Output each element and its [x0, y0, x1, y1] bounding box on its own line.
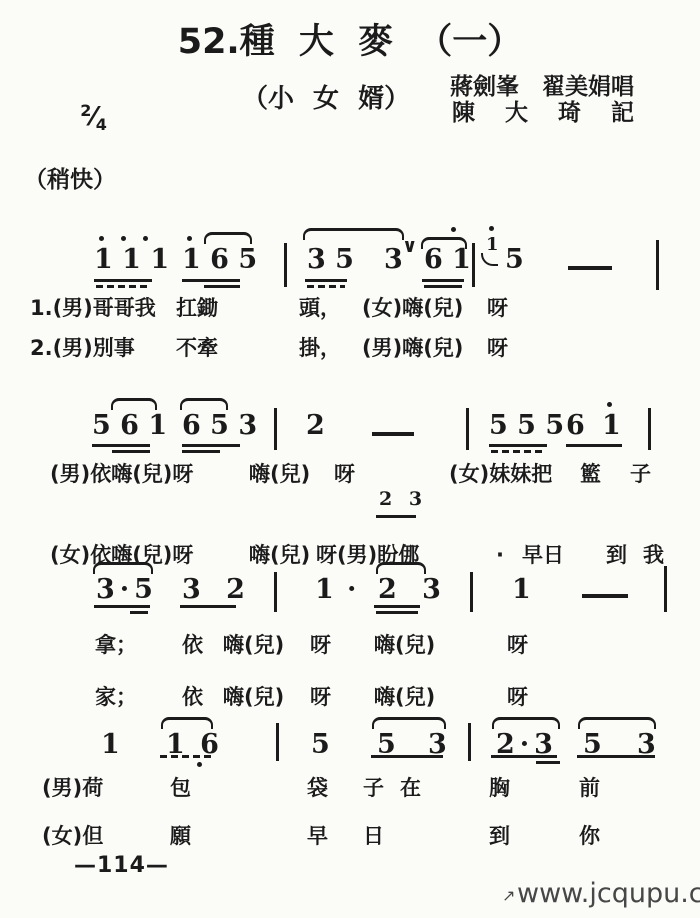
lyric: ·	[496, 543, 504, 567]
lyric: 呀	[507, 685, 528, 709]
lyric: 2.(男)別事	[30, 336, 135, 360]
time-signature-denominator: 4	[96, 115, 107, 134]
note-group: 1 1 1	[94, 246, 169, 273]
note-group: 3 2	[182, 576, 253, 603]
beam-line	[182, 450, 220, 453]
page-number: —114—	[74, 853, 169, 878]
slur	[578, 717, 656, 729]
lyric: 你	[579, 824, 600, 848]
lyric: 呀	[487, 296, 508, 320]
beam-line	[371, 755, 443, 758]
barline	[470, 572, 473, 612]
lyric: 日	[363, 824, 384, 848]
credits-line1: 蔣劍峯 翟美娟唱	[450, 74, 634, 100]
lyric: 依	[182, 633, 203, 657]
lyric: 呀	[487, 336, 508, 360]
lyric: 掛，	[299, 336, 341, 360]
octave-dot	[99, 236, 104, 241]
note-group: 3	[637, 731, 656, 758]
watermark: www.jcqupu.com	[517, 878, 700, 909]
beam-line	[92, 444, 150, 447]
barline	[274, 572, 277, 612]
lyric: 到	[489, 824, 510, 848]
beam-line	[94, 279, 152, 282]
lyric: 嗨(兒)	[223, 685, 284, 709]
lyric: 胸	[489, 776, 510, 800]
lyric: 早	[307, 824, 328, 848]
note-group: 1 6	[166, 731, 222, 758]
sustain-dash	[582, 594, 628, 598]
note-group: 6	[566, 412, 585, 439]
lyric: 嗨(兒)	[223, 633, 284, 657]
lyric: 願	[170, 824, 191, 848]
beam-line	[566, 444, 622, 447]
slur	[372, 717, 446, 729]
note-group: 1	[512, 576, 531, 603]
slur	[93, 562, 153, 574]
beam-line	[424, 285, 462, 288]
lyric: 袋	[307, 776, 328, 800]
note-group: 3 5	[307, 246, 354, 273]
lyric: 家；	[95, 685, 137, 709]
lyric: 拿；	[95, 633, 137, 657]
credits-line2: 陳 大 琦 記	[452, 100, 634, 126]
beam-line	[307, 285, 345, 288]
lyric: 嗨(兒)	[374, 685, 435, 709]
slur	[303, 228, 404, 240]
lyric: 子	[363, 776, 384, 800]
slur	[492, 717, 560, 729]
beam-line	[182, 444, 240, 447]
beam-line	[374, 605, 420, 608]
lyric: 呀	[310, 633, 331, 657]
lyric: 呀	[310, 685, 331, 709]
octave-dot	[187, 236, 192, 241]
subtitle: （小 女 婿）	[242, 85, 410, 115]
lyric: 1.(男)哥哥我	[30, 296, 156, 320]
grace-slide	[481, 253, 498, 266]
beam-line	[491, 450, 545, 453]
note-group: 5 5 5	[489, 412, 564, 439]
lyric: 嗨(兒)	[249, 462, 310, 486]
note-group: 5	[311, 731, 330, 758]
lyric: 到	[606, 543, 627, 567]
note-group: 1 6 5	[182, 246, 257, 273]
note-group: 3	[384, 246, 403, 273]
lyric: 前	[579, 776, 600, 800]
watermark-arrow-icon: ↗	[502, 886, 515, 905]
note-group: 3·5	[96, 576, 158, 603]
slur	[180, 398, 228, 410]
beam-line	[422, 279, 464, 282]
beam-line	[577, 755, 655, 758]
slur	[161, 717, 213, 729]
lyric: (男)荷	[42, 776, 103, 800]
note-group: 1	[315, 576, 334, 603]
beam-line	[160, 755, 214, 758]
beam-line	[536, 761, 560, 764]
beam-line	[305, 279, 347, 282]
lyric: 籃	[580, 462, 601, 486]
lyric: 呀	[334, 462, 355, 486]
lyric: 在	[400, 776, 421, 800]
octave-dot	[197, 762, 202, 767]
barline	[284, 243, 287, 287]
tempo-marking: （稍快）	[24, 167, 116, 193]
barline	[648, 408, 651, 450]
beam-line	[491, 755, 557, 758]
lyric: 呀	[507, 633, 528, 657]
beam-line	[376, 611, 418, 614]
lyric: (男)依嗨(兒)呀	[50, 462, 193, 486]
beam-line	[489, 444, 547, 447]
barline	[472, 243, 475, 287]
beam-line	[376, 515, 416, 518]
octave-dot	[143, 236, 148, 241]
note-group: 1	[602, 412, 621, 439]
octave-dot	[121, 236, 126, 241]
lyric: 扛鋤	[176, 296, 218, 320]
slur	[111, 398, 157, 410]
octave-dot	[451, 227, 456, 232]
note-group: 1	[101, 731, 120, 758]
lyric: 嗨(兒)	[249, 543, 310, 567]
breath-mark: ∨	[402, 236, 417, 258]
lyric: (女)嗨(兒)	[362, 296, 463, 320]
lyric: (女)妹妹把	[449, 462, 552, 486]
note-group: 5	[505, 246, 524, 273]
sustain-dash	[568, 266, 612, 270]
octave-dot	[607, 402, 612, 407]
time-signature-numerator: 2	[80, 101, 91, 120]
beam-line	[182, 279, 240, 282]
barline	[656, 240, 659, 290]
barline	[274, 408, 277, 450]
note-group: 5	[377, 731, 396, 758]
note-group: 5	[583, 731, 602, 758]
grace-note: 1	[486, 236, 499, 254]
sustain-dash	[372, 432, 414, 436]
note-group: 2·3	[496, 731, 558, 758]
beam-line	[180, 605, 236, 608]
lyric: 頭，	[299, 296, 341, 320]
beam-line	[204, 285, 240, 288]
note-group: 2	[306, 412, 325, 439]
lyric: (女)但	[42, 824, 103, 848]
beam-line	[94, 605, 150, 608]
augmentation-dot: ·	[347, 576, 356, 603]
lyric: 不牽	[176, 336, 218, 360]
note-group: 6 5 3	[182, 412, 257, 439]
lyric: 早日	[522, 543, 564, 567]
note-group: 5 6 1	[92, 412, 167, 439]
beam-line	[130, 611, 148, 614]
note-group: 6 1	[424, 246, 471, 273]
beam-line	[112, 450, 150, 453]
lyric: 包	[170, 776, 191, 800]
barline	[468, 723, 471, 761]
lyric: 嗨(兒)	[374, 633, 435, 657]
beam-line	[96, 285, 150, 288]
note-group: 2 3	[378, 576, 449, 603]
slur	[421, 237, 467, 249]
score-page: 52.種 大 麥 （一） 2⁄4 （小 女 婿） 蔣劍峯 翟美娟唱 陳 大 琦 …	[0, 0, 700, 918]
ossia-notes: 2 3	[379, 490, 427, 509]
note-group: 3	[428, 731, 447, 758]
slur	[376, 562, 426, 574]
lyric: 依	[182, 685, 203, 709]
lyric: (男)嗨(兒)	[362, 336, 463, 360]
slur	[204, 232, 252, 244]
page-title: 52.種 大 麥 （一）	[0, 22, 700, 62]
barline	[664, 566, 667, 612]
barline	[276, 723, 279, 761]
time-signature: 2⁄4	[58, 84, 107, 153]
lyric: 我	[643, 543, 664, 567]
lyric: 子	[630, 462, 651, 486]
octave-dot	[489, 226, 494, 231]
barline	[466, 408, 469, 450]
